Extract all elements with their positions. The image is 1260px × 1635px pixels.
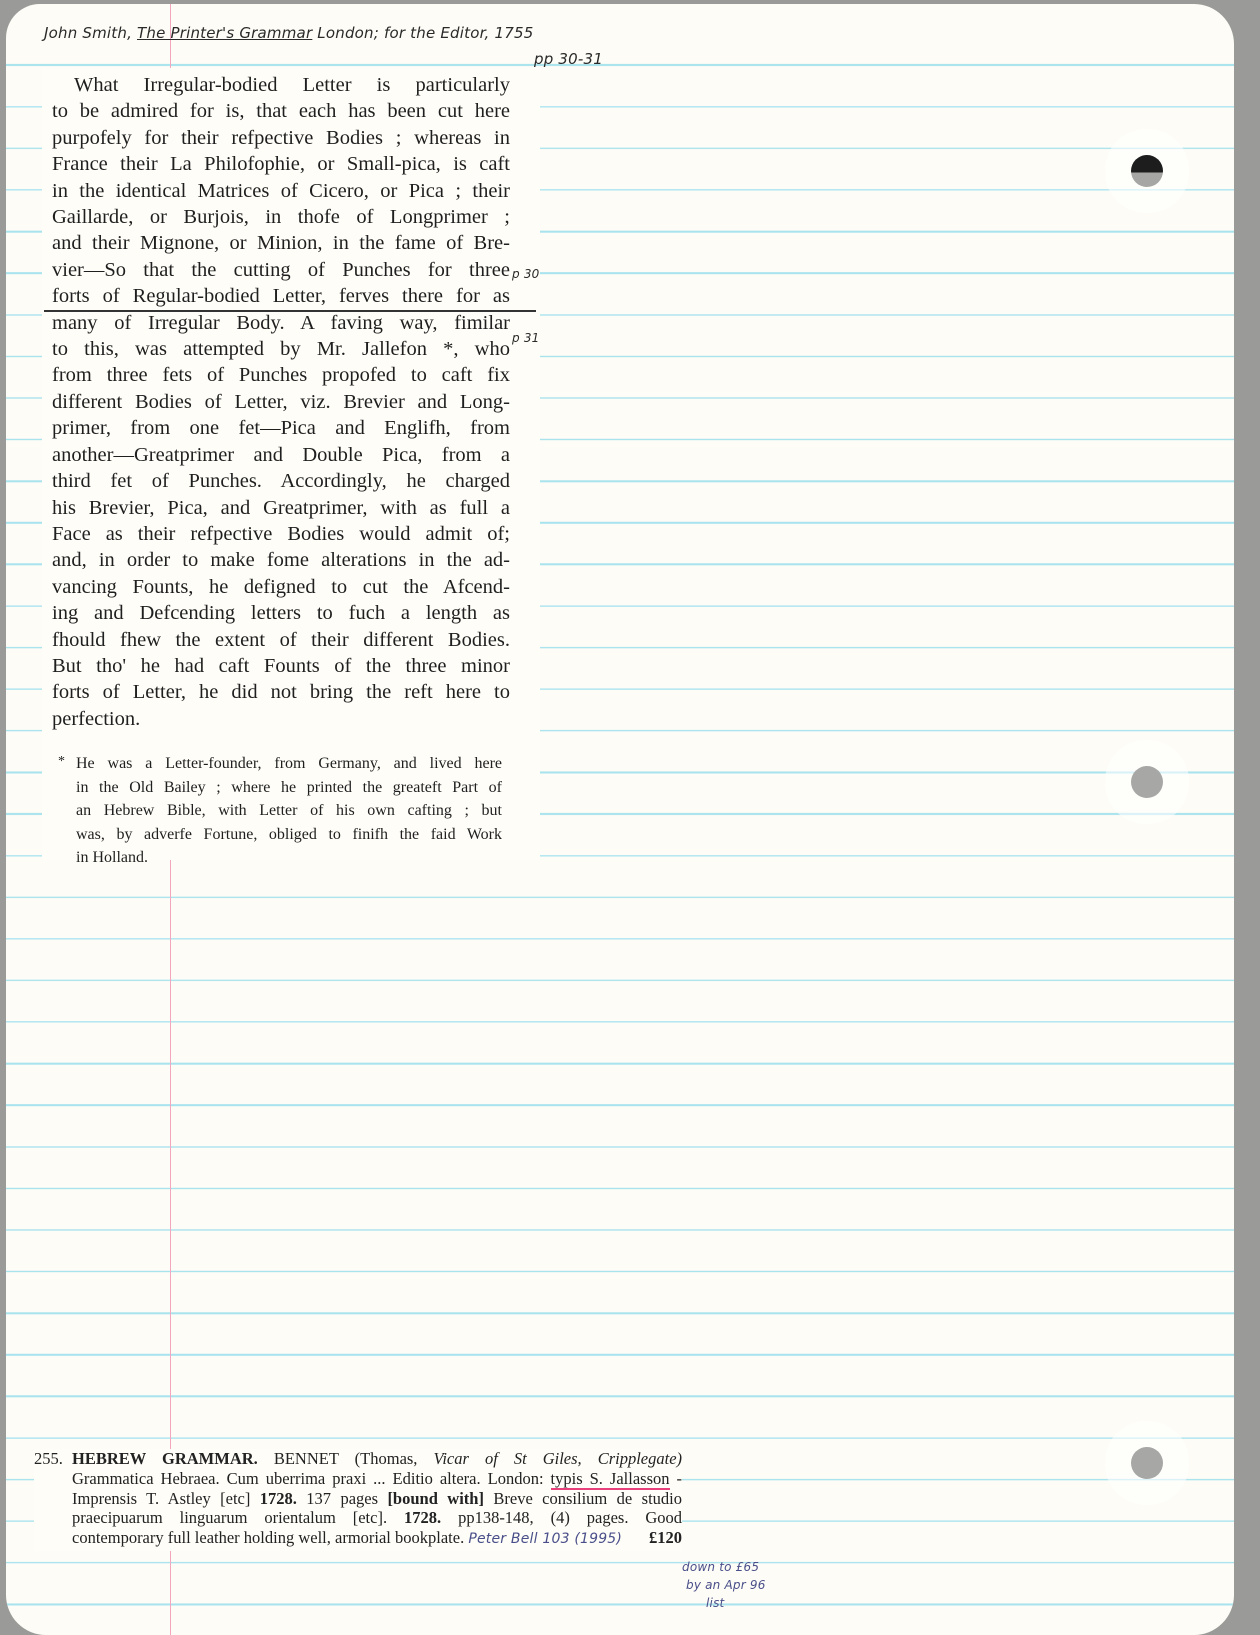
excerpt-line: many of Irregular Body. A faving way, fi… xyxy=(52,310,510,336)
footnote-marker: * xyxy=(58,750,65,774)
excerpt-line: fhould fhew the extent of their differen… xyxy=(52,627,510,653)
catalog-binding: contemporary full leather holding well, … xyxy=(72,1528,464,1547)
catalog-author: BENNET xyxy=(274,1449,339,1468)
catalog-price: £120 xyxy=(649,1528,682,1548)
notebook-page: John Smith, The Printer's Grammar London… xyxy=(6,4,1234,1635)
catalog-dash: - xyxy=(677,1469,683,1488)
catalog-line-3: Imprensis T. Astley [etc] 1728. 137 page… xyxy=(34,1489,682,1509)
catalog-bound-with: [bound with] xyxy=(387,1489,484,1508)
excerpt-line: primer, from one fet—Pica and Englifh, f… xyxy=(52,415,510,441)
catalog-year-2: 1728. xyxy=(404,1508,441,1527)
excerpt-line: purpofely for their refpective Bodies ; … xyxy=(52,125,510,151)
excerpt-line: his Brevier, Pica, and Greatprimer, with… xyxy=(52,495,510,521)
excerpt-footnote: * He was a Letter-founder, from Germany,… xyxy=(76,752,502,870)
catalog-heading: HEBREW GRAMMAR. xyxy=(72,1449,258,1468)
excerpt-line: forts of Regular-bodied Letter, ferves t… xyxy=(52,283,510,309)
catalog-pages: 137 pages xyxy=(306,1489,378,1508)
citation-title: The Printer's Grammar xyxy=(137,24,312,42)
catalog-line-5: contemporary full leather holding well, … xyxy=(34,1528,682,1550)
excerpt-line: different Bodies of Letter, viz. Brevier… xyxy=(52,389,510,415)
catalog-year-1: 1728. xyxy=(260,1489,297,1508)
binder-hole-middle-icon xyxy=(1131,766,1163,798)
excerpt-line: But tho' he had caft Founts of the three… xyxy=(52,653,510,679)
price-note-line-1: down to £65 xyxy=(682,1558,766,1576)
excerpt-line: Gaillarde, or Burjois, in thofe of Longp… xyxy=(52,204,510,230)
excerpt-body: What Irregular-bodied Letter is particul… xyxy=(52,72,510,732)
book-excerpt-clipping: What Irregular-bodied Letter is particul… xyxy=(42,68,540,860)
handwritten-price-note: down to £65 by an Apr 96 list xyxy=(682,1558,766,1612)
price-note-line-3: list xyxy=(682,1594,766,1612)
excerpt-line: to be admired for is, that each has been… xyxy=(52,98,510,124)
excerpt-line: forts of Letter, he did not bring the re… xyxy=(52,679,510,705)
excerpt-line: and their Mignone, or Minion, in the fam… xyxy=(52,230,510,256)
catalog-line-1: 255.HEBREW GRAMMAR. BENNET (Thomas, Vica… xyxy=(34,1449,682,1469)
excerpt-line: and, in order to make fome alterations i… xyxy=(52,547,510,573)
catalog-condition: pp138-148, (4) pages. Good xyxy=(458,1508,682,1527)
excerpt-line: vier—So that the cutting of Punches for … xyxy=(52,257,510,283)
excerpt-line: What Irregular-bodied Letter is particul… xyxy=(52,72,510,98)
catalog-second-title: Breve consilium de studio xyxy=(493,1489,682,1508)
catalog-line-2: Grammatica Hebraea. Cum uberrima praxi .… xyxy=(34,1469,682,1489)
excerpt-line: Face as their refpective Bodies would ad… xyxy=(52,521,510,547)
excerpt-line: from three fets of Punches propofed to c… xyxy=(52,362,510,388)
catalog-title-text: Grammatica Hebraea. Cum uberrima praxi .… xyxy=(72,1469,544,1488)
highlighted-printer: typis S. Jallasson xyxy=(551,1469,670,1490)
binder-hole-bottom-icon xyxy=(1131,1447,1163,1479)
citation-imprint: London; for the Editor, 1755 xyxy=(317,24,533,42)
margin-note-p30: p 30 xyxy=(512,267,540,281)
excerpt-line: perfection. xyxy=(52,706,510,732)
catalog-author-open: (Thomas, xyxy=(355,1449,418,1468)
handwritten-source: Peter Bell 103 (1995) xyxy=(468,1531,622,1547)
footnote-line: an Hebrew Bible, with Letter of his own … xyxy=(76,799,502,823)
excerpt-line: third fet of Punches. Accordingly, he ch… xyxy=(52,468,510,494)
excerpt-line: to this, was attempted by Mr. Jallefon *… xyxy=(52,336,510,362)
page-break-rule xyxy=(44,310,536,312)
excerpt-line: ing and Defcending letters to fuch a len… xyxy=(52,600,510,626)
handwritten-citation: John Smith, The Printer's Grammar London… xyxy=(44,24,533,42)
citation-author: John Smith, xyxy=(44,24,132,42)
excerpt-line: France their La Philofophie, or Small-pi… xyxy=(52,151,510,177)
footnote-line: was, by adverfe Fortune, obliged to fini… xyxy=(76,823,502,847)
catalog-second-title-cont: praecipuarum linguarum orientalum [etc]. xyxy=(72,1508,387,1527)
footnote-line: in Holland. xyxy=(76,846,502,870)
binder-hole-top-icon xyxy=(1131,155,1163,187)
handwritten-pages: pp 30-31 xyxy=(534,50,603,68)
catalog-line-4: praecipuarum linguarum orientalum [etc].… xyxy=(34,1508,682,1528)
catalog-number: 255. xyxy=(34,1449,72,1469)
footnote-line: in the Old Bailey ; where he printed the… xyxy=(76,776,502,800)
price-note-line-2: by an Apr 96 xyxy=(682,1576,766,1594)
excerpt-line: vancing Founts, he defigned to cut the A… xyxy=(52,574,510,600)
catalog-author-detail: Vicar of St Giles, Cripplegate) xyxy=(433,1449,682,1468)
catalog-imprint: Imprensis T. Astley [etc] xyxy=(72,1489,250,1508)
excerpt-line: another—Greatprimer and Double Pica, fro… xyxy=(52,442,510,468)
catalog-entry: 255.HEBREW GRAMMAR. BENNET (Thomas, Vica… xyxy=(34,1449,682,1551)
footnote-line: He was a Letter-founder, from Germany, a… xyxy=(76,752,502,776)
margin-note-p31: p 31 xyxy=(512,331,540,345)
excerpt-line: in the identical Matrices of Cicero, or … xyxy=(52,178,510,204)
